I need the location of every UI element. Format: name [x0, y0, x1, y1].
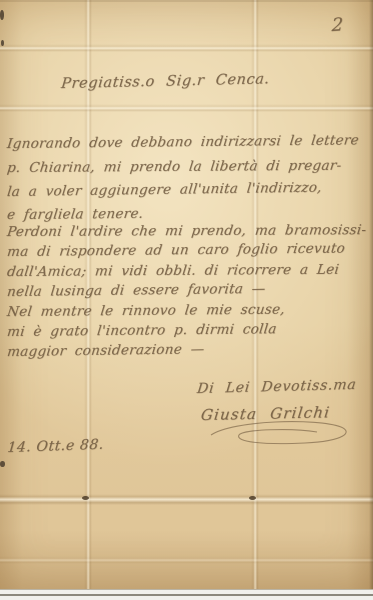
paper-blemish	[0, 10, 4, 20]
body-line: Perdoni l'ardire che mi prendo, ma bramo…	[6, 222, 367, 240]
paper-edge-line	[0, 594, 373, 596]
body-line: la a voler aggiungere all'unita l'indiri…	[6, 180, 322, 200]
paper-blemish	[1, 40, 4, 46]
body-line: p. Chiarina, mi prendo la libertà di pre…	[6, 158, 342, 176]
fold-crease-horizontal-major	[0, 494, 373, 505]
fold-crease-horizontal-lower	[0, 556, 373, 564]
body-line: nella lusinga di essere favorita —	[6, 281, 266, 300]
fold-crease-horizontal-top	[0, 44, 373, 52]
paper-blemish	[0, 461, 5, 467]
body-line: mi è grato l'incontro p. dirmi colla	[6, 321, 277, 340]
body-line: maggior considerazione —	[6, 341, 205, 360]
scan-background-strip	[0, 589, 373, 600]
body-line: Nel mentre le rinnovo le mie scuse,	[6, 302, 286, 320]
letter-paper: 2 Pregiatiss.o Sig.r Cenca. Ignorando do…	[0, 0, 373, 589]
closing-valediction: Di Lei Devotiss.ma	[196, 377, 357, 397]
body-line: Ignorando dove debbano indirizzarsi le l…	[6, 132, 360, 152]
fold-hole-right	[249, 496, 256, 500]
body-line: ma di rispondere ad un caro foglio ricev…	[6, 240, 346, 260]
fold-crease-horizontal-upper	[0, 104, 373, 112]
signature-flourish	[205, 418, 355, 448]
body-line: dall'Amica; mi vidi obbli. di ricorrere …	[6, 262, 340, 280]
salutation-line: Pregiatiss.o Sig.r Cenca.	[60, 71, 270, 92]
paper-edge-shadow-top	[0, 0, 373, 2]
scanned-letter: 2 Pregiatiss.o Sig.r Cenca. Ignorando do…	[0, 0, 373, 600]
date-line: 14. Ott.e 88.	[7, 437, 105, 456]
page-number: 2	[331, 14, 343, 36]
paper-edge-shadow	[369, 0, 373, 589]
body-line: e fargliela tenere.	[6, 206, 144, 223]
fold-hole-left	[82, 496, 89, 500]
